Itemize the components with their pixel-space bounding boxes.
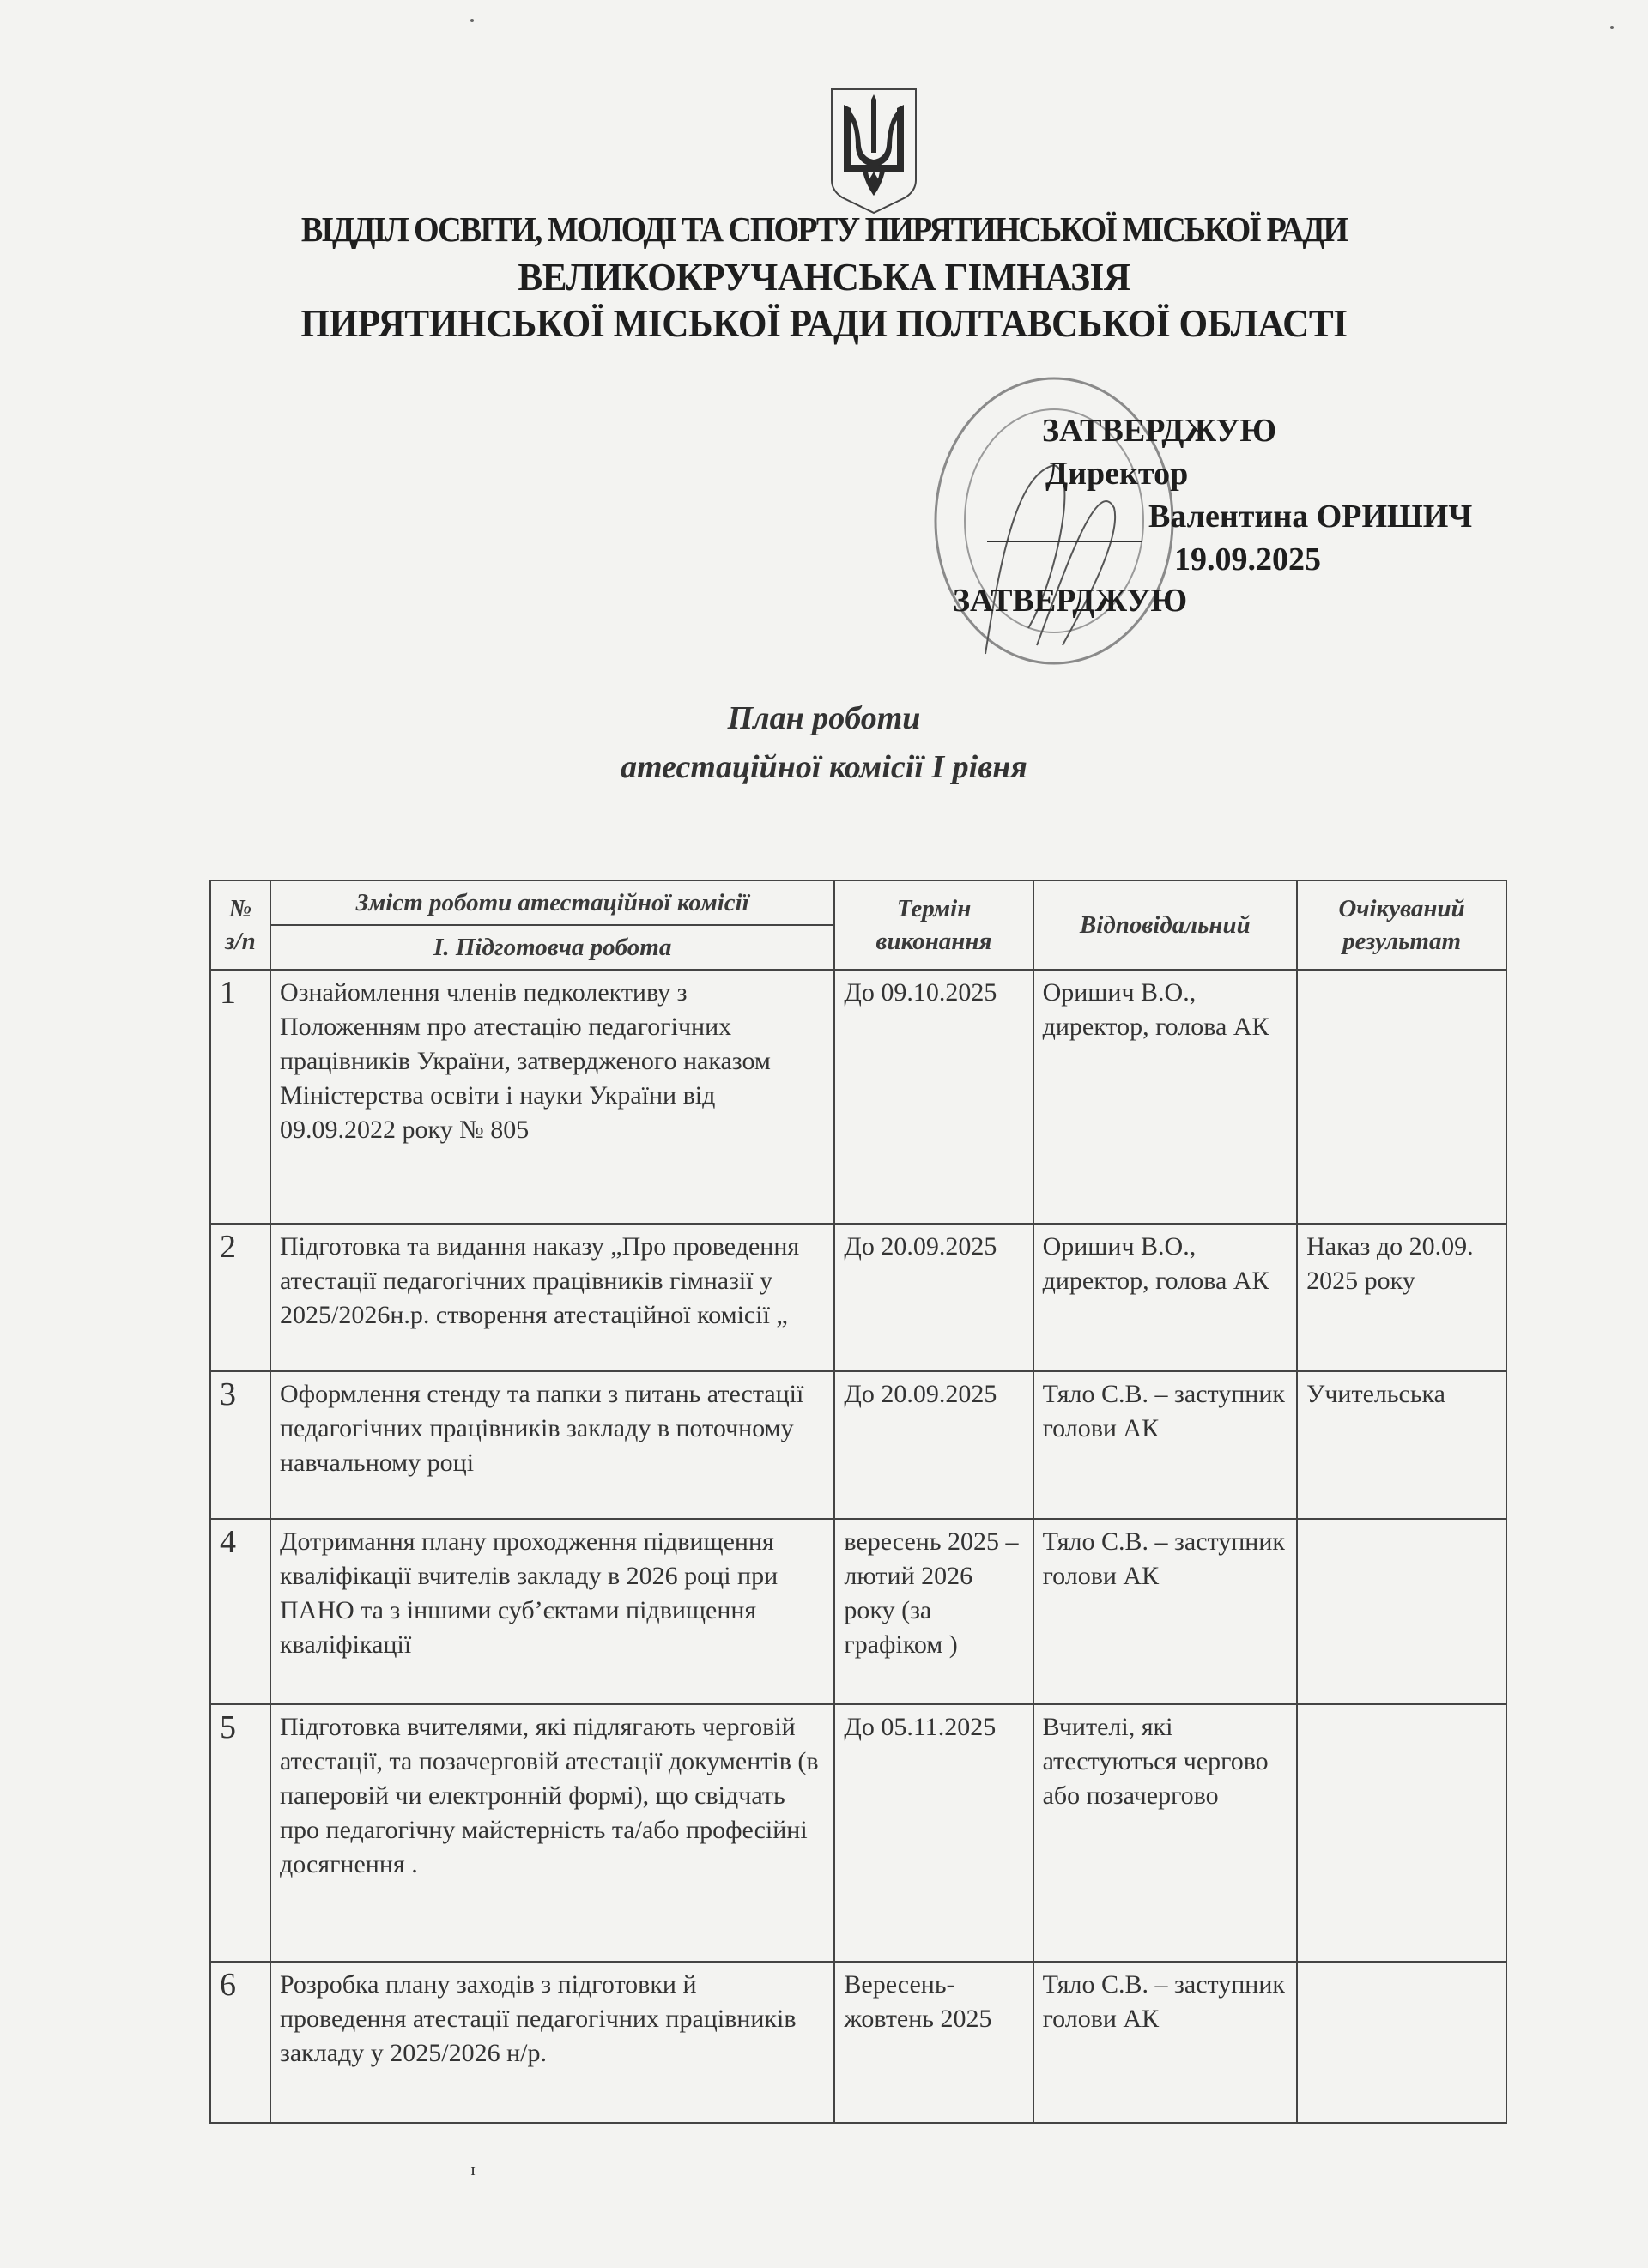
- scan-mark: ɪ: [470, 2158, 476, 2180]
- approval-title-repeat: ЗАТВЕРДЖУЮ: [953, 582, 1187, 620]
- row-number: 1: [210, 970, 270, 1224]
- row-number: 3: [210, 1371, 270, 1519]
- row-number: 2: [210, 1224, 270, 1371]
- row-responsible: Тяло С.В. – заступник голови АК: [1033, 1962, 1298, 2123]
- row-number: 4: [210, 1519, 270, 1704]
- school-name: ВЕЛИКОКРУЧАНСЬКА ГІМНАЗІЯ: [50, 254, 1599, 299]
- trident-emblem-icon: [828, 86, 919, 215]
- scan-dot: [1610, 26, 1614, 29]
- table-row: 2 Підготовка та видання наказу „Про пров…: [210, 1224, 1506, 1371]
- row-result: [1297, 1519, 1506, 1704]
- document-subtitle: атестаційної комісії І рівня: [0, 748, 1648, 786]
- table-row: 6 Розробка плану заходів з підготовки й …: [210, 1962, 1506, 2123]
- row-result: Наказ до 20.09. 2025 року: [1297, 1224, 1506, 1371]
- document-title: План роботи: [0, 699, 1648, 737]
- table-header-row: № з/п Зміст роботи атестаційної комісії …: [210, 880, 1506, 925]
- header-term: Термін виконання: [834, 880, 1033, 970]
- row-responsible: Тяло С.В. – заступник голови АК: [1033, 1519, 1298, 1704]
- row-result: Учительська: [1297, 1371, 1506, 1519]
- work-plan-table: № з/п Зміст роботи атестаційної комісії …: [209, 880, 1507, 2124]
- row-term: До 09.10.2025: [834, 970, 1033, 1224]
- table-row: 3 Оформлення стенду та папки з питань ат…: [210, 1371, 1506, 1519]
- row-content: Розробка плану заходів з підготовки й пр…: [270, 1962, 834, 2123]
- approver-position: Директор: [1045, 455, 1188, 493]
- row-content: Підготовка вчителями, які підлягають чер…: [270, 1704, 834, 1962]
- row-term: До 05.11.2025: [834, 1704, 1033, 1962]
- row-term: До 20.09.2025: [834, 1224, 1033, 1371]
- header-responsible: Відповідальний: [1033, 880, 1298, 970]
- row-number: 6: [210, 1962, 270, 2123]
- document-page: ВІДДІЛ ОСВІТИ, МОЛОДІ ТА СПОРТУ ПИРЯТИНС…: [0, 0, 1648, 2268]
- row-number: 5: [210, 1704, 270, 1962]
- row-content: Ознайомлення членів педколективу з Полож…: [270, 970, 834, 1224]
- table-body: 1 Ознайомлення членів педколективу з Пол…: [210, 970, 1506, 2123]
- row-responsible: Оришич В.О., директор, голова АК: [1033, 970, 1298, 1224]
- row-responsible: Оришич В.О., директор, голова АК: [1033, 1224, 1298, 1371]
- section-title: І. Підготовча робота: [270, 925, 834, 970]
- row-responsible: Тяло С.В. – заступник голови АК: [1033, 1371, 1298, 1519]
- row-term: вересень 2025 –лютий 2026 року (за графі…: [834, 1519, 1033, 1704]
- header-result: Очікуваний результат: [1297, 880, 1506, 970]
- table-row: 5 Підготовка вчителями, які підлягають ч…: [210, 1704, 1506, 1962]
- council-name: ПИРЯТИНСЬКОЇ МІСЬКОЇ РАДИ ПОЛТАВСЬКОЇ ОБ…: [50, 300, 1599, 346]
- row-result: [1297, 1962, 1506, 2123]
- approver-name: Валентина ОРИШИЧ: [1148, 498, 1472, 535]
- department-name: ВІДДІЛ ОСВІТИ, МОЛОДІ ТА СПОРТУ ПИРЯТИНС…: [58, 209, 1590, 250]
- row-content: Підготовка та видання наказу „Про провед…: [270, 1224, 834, 1371]
- header-content: Зміст роботи атестаційної комісії: [270, 880, 834, 925]
- row-content: Дотримання плану проходження підвищення …: [270, 1519, 834, 1704]
- scan-dot: [470, 19, 474, 22]
- row-content: Оформлення стенду та папки з питань атес…: [270, 1371, 834, 1519]
- row-result: [1297, 970, 1506, 1224]
- row-result: [1297, 1704, 1506, 1962]
- approval-date: 19.09.2025: [1174, 541, 1321, 578]
- signature-line: [987, 541, 1142, 542]
- row-term: До 20.09.2025: [834, 1371, 1033, 1519]
- row-responsible: Вчителі, які атестуються чергово або поз…: [1033, 1704, 1298, 1962]
- approval-title: ЗАТВЕРДЖУЮ: [1042, 412, 1276, 450]
- header-number: № з/п: [210, 880, 270, 970]
- table-row: 1 Ознайомлення членів педколективу з Пол…: [210, 970, 1506, 1224]
- row-term: Вересень-жовтень 2025: [834, 1962, 1033, 2123]
- table-row: 4 Дотримання плану проходження підвищенн…: [210, 1519, 1506, 1704]
